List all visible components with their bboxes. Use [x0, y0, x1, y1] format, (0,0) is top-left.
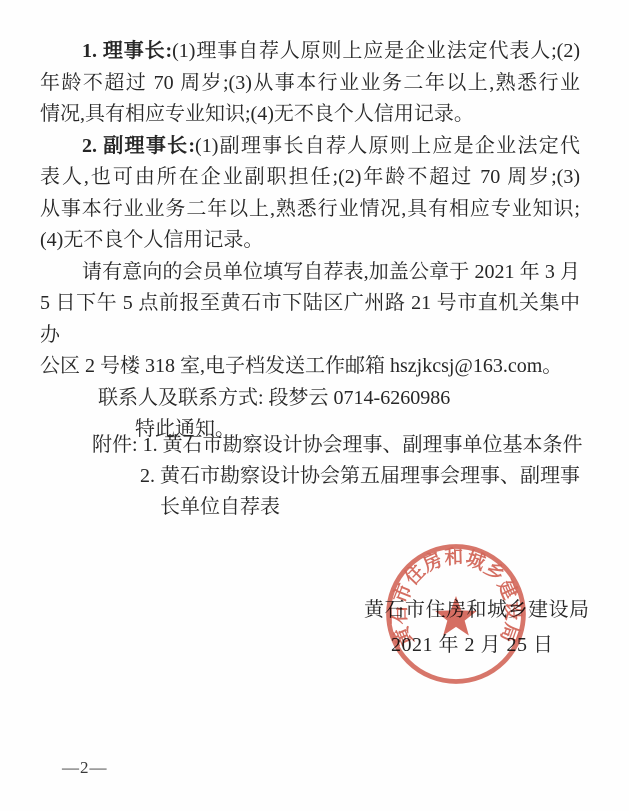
paragraph2-line1: 2. 副理事长:(1)副理事长自荐人原则上应是企业法定代: [40, 131, 580, 163]
paragraph3-line3: 公区 2 号楼 318 室,电子档发送工作邮箱 hszjkcsj@163.com…: [40, 351, 580, 383]
official-seal: 黄石市住房和城乡建设局: [380, 538, 532, 690]
contact-line: 联系人及联系方式: 段梦云 0714-6260986: [40, 383, 580, 415]
item1-number-label: 1. 理事长:: [82, 40, 172, 62]
paragraph3-line2: 5 日下午 5 点前报至黄石市下陆区广州路 21 号市直机关集中办: [40, 288, 580, 351]
paragraph1-line1: 1. 理事长:(1)理事自荐人原则上应是企业法定代表人;(2): [40, 36, 580, 68]
attachment-item-2-line2: 长单位自荐表: [40, 492, 600, 523]
attachment-item-2-line1: 2. 黄石市勘察设计协会第五届理事会理事、副理事: [40, 461, 600, 492]
paragraph2-line3: 从事本行业业务二年以上,熟悉行业情况,具有相应专业知识;: [40, 194, 580, 226]
attachments-block: 附件: 1. 黄石市勘察设计协会理事、副理事单位基本条件 2. 黄石市勘察设计协…: [40, 430, 600, 523]
paragraph2-line2: 表人,也可由所在企业副职担任;(2)年龄不超过 70 周岁;(3): [40, 162, 580, 194]
attachment-item-1: 附件: 1. 黄石市勘察设计协会理事、副理事单位基本条件: [40, 430, 600, 461]
paragraph1-line3: 情况,具有相应专业知识;(4)无不良个人信用记录。: [40, 99, 580, 131]
attachment-item-1-text: 1. 黄石市勘察设计协会理事、副理事单位基本条件: [143, 434, 583, 456]
star-icon: [435, 596, 477, 636]
notice-body: 1. 理事长:(1)理事自荐人原则上应是企业法定代表人;(2) 年龄不超过 70…: [40, 36, 580, 446]
page-number: —2—: [62, 758, 108, 778]
attachments-label: 附件:: [92, 434, 143, 456]
paragraph1-line1-text: (1)理事自荐人原则上应是企业法定代表人;(2): [172, 40, 580, 62]
item2-number-label: 2. 副理事长:: [82, 135, 195, 157]
document-page: 1. 理事长:(1)理事自荐人原则上应是企业法定代表人;(2) 年龄不超过 70…: [0, 0, 629, 811]
paragraph2-line4: (4)无不良个人信用记录。: [40, 225, 580, 257]
paragraph3-line1: 请有意向的会员单位填写自荐表,加盖公章于 2021 年 3 月: [40, 257, 580, 289]
paragraph2-line1-text: (1)副理事长自荐人原则上应是企业法定代: [195, 135, 580, 157]
paragraph1-line2: 年龄不超过 70 周岁;(3)从事本行业业务二年以上,熟悉行业: [40, 68, 580, 100]
